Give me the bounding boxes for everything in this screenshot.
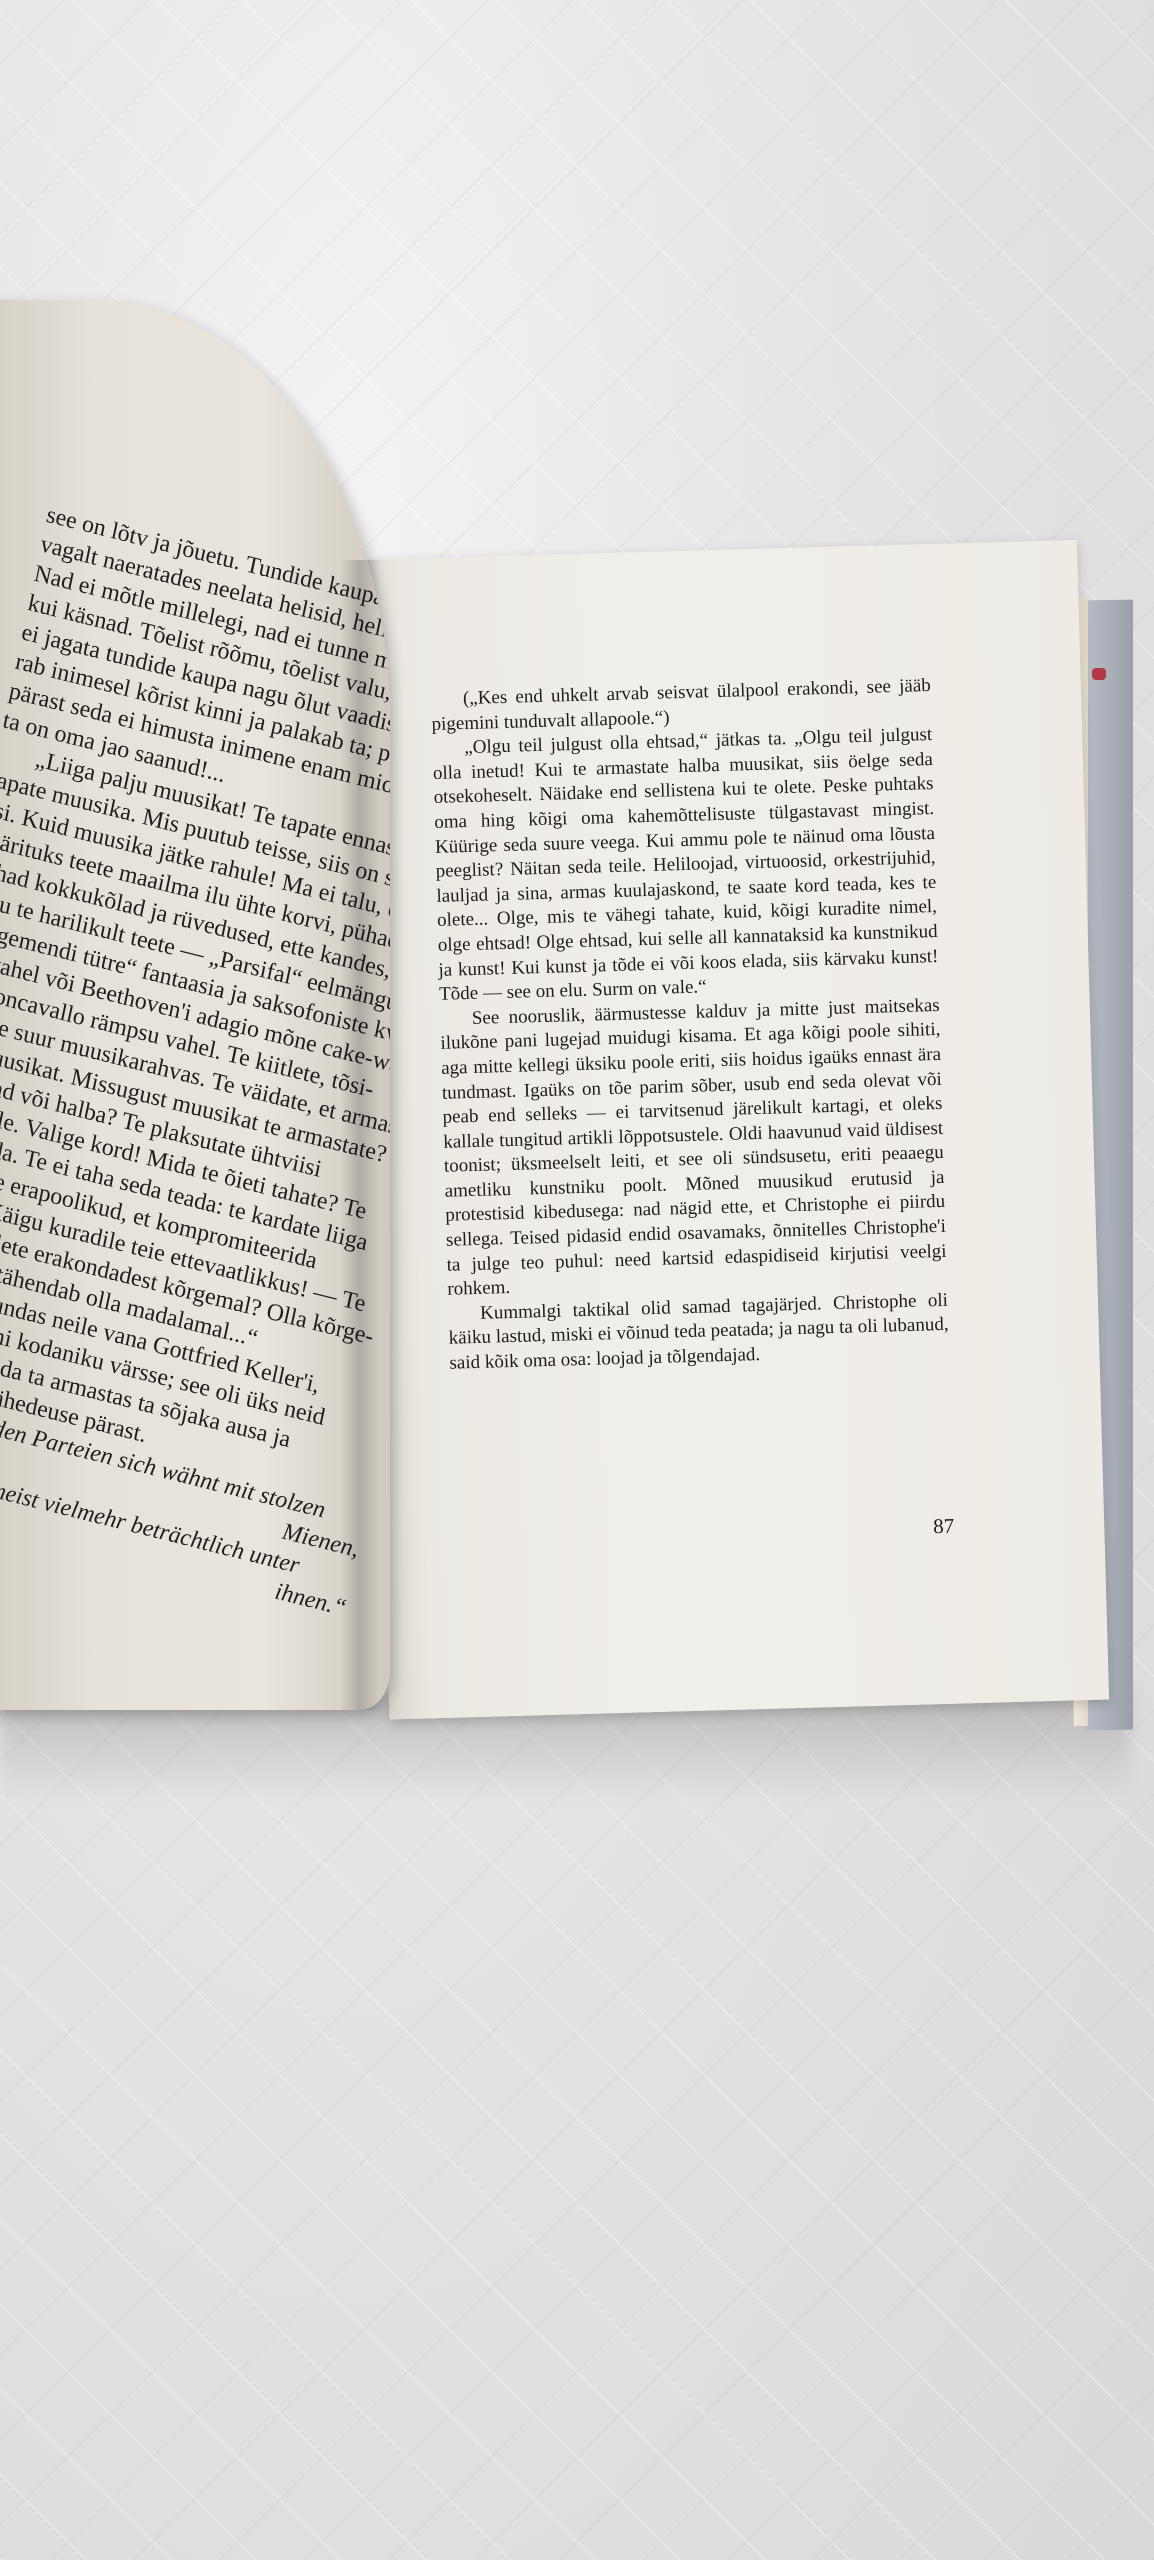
left-page: see on lõtv ja jõuetu. Tundide kaupa lõt… xyxy=(0,300,390,1710)
right-page: („Kes end uhkelt arvab seisvat ülalpool … xyxy=(357,540,1109,1720)
cover-red-mark xyxy=(1092,668,1106,680)
page-number: 87 xyxy=(904,1514,955,1540)
paragraph: „Olgu teil julgust olla ehtsad,“ jätkas … xyxy=(432,723,939,1007)
book-gutter-shadow xyxy=(340,560,380,1710)
paragraph: Kummalgi taktikal olid samad tagajärjed.… xyxy=(448,1289,950,1377)
right-page-text: („Kes end uhkelt arvab seisvat ülalpool … xyxy=(431,674,950,1376)
left-page-text: see on lõtv ja jõuetu. Tundide kaupa lõt… xyxy=(0,500,390,1633)
paragraph: See nooruslik, äärmustesse kalduv ja mit… xyxy=(440,994,948,1303)
